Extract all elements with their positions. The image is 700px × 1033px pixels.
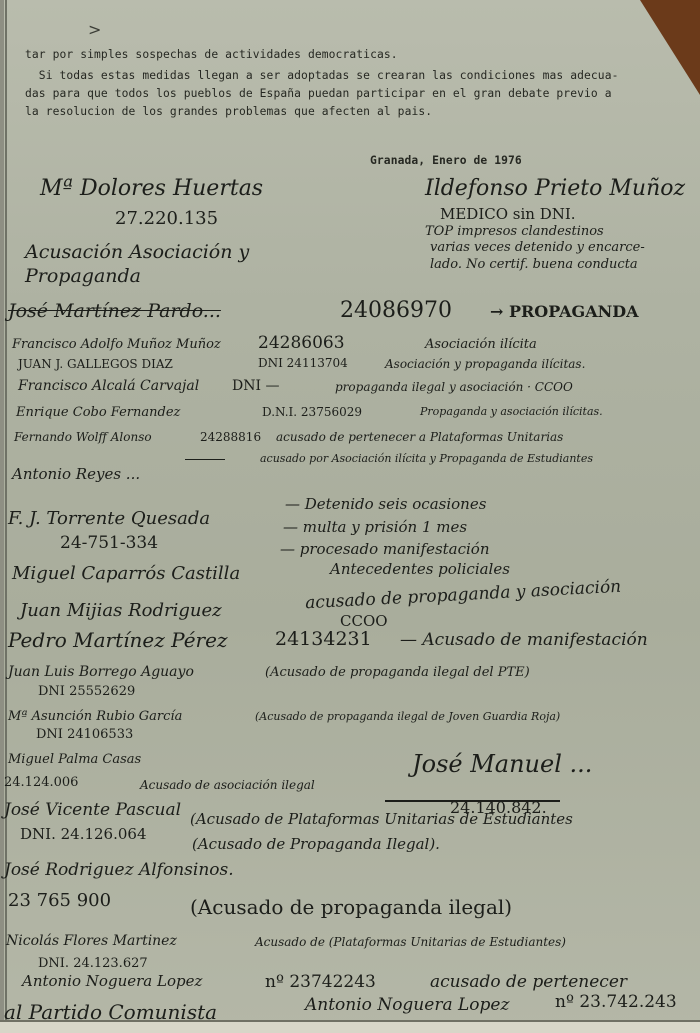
signer-dni: 24134231 <box>275 628 372 650</box>
signer-dni: DNI — <box>232 378 279 394</box>
signer-note: Propaganda y asociación ilícitas. <box>420 405 603 418</box>
signer-dni: DNI 24106533 <box>36 727 133 742</box>
signer-note: (Acusado de propaganda ilegal del PTE) <box>265 665 530 680</box>
signer-note: acusado de pertenecer <box>430 972 627 992</box>
signer-note: acusado de pertenecer a Plataformas Unit… <box>276 430 563 444</box>
signer-name: Juan Mijias Rodriguez <box>20 600 222 621</box>
signer-note: — procesado manifestación <box>280 540 490 558</box>
signer-dni: 24288816 <box>200 430 261 444</box>
signer-name: Enrique Cobo Fernandez <box>16 405 180 420</box>
place-date: Granada, Enero de 1976 <box>370 152 522 170</box>
signer-dni: DNI 25552629 <box>38 684 135 699</box>
signer-note: propaganda ilegal y asociación · CCOO <box>335 380 573 394</box>
signer-name: Antonio Reyes ... <box>12 465 140 483</box>
signer-name: Antonio Noguera Lopez <box>305 995 509 1015</box>
signer-name: JUAN J. GALLEGOS DIAZ <box>18 357 173 371</box>
typed-line-2: Si todas estas medidas llegan a ser adop… <box>25 67 619 85</box>
pen-mark: > <box>88 20 101 39</box>
signer-name: José Vicente Pascual <box>4 800 181 820</box>
signer-note: Acusación Asociación y Propaganda <box>25 240 345 288</box>
signer-note: — multa y prisión 1 mes <box>283 518 467 536</box>
signer-note: Asociación y propaganda ilícitas. <box>385 357 585 371</box>
signer-dni: DNI 24113704 <box>258 356 348 370</box>
signer-note: → PROPAGANDA <box>490 302 639 321</box>
signer-name: José Rodriguez Alfonsinos. <box>4 860 234 880</box>
signer-name: Francisco Adolfo Muñoz Muñoz <box>12 337 221 352</box>
dash-line <box>185 459 225 460</box>
signer-dni: nº 23742243 <box>265 972 376 992</box>
typed-line-1: tar por simples sospechas de actividades… <box>25 46 398 64</box>
signer-dni: DNI. 24.123.627 <box>38 956 148 971</box>
signer-name: Miguel Caparrós Castilla <box>12 563 240 584</box>
typed-line-4: la resolucion de los grandes problemas q… <box>25 103 432 121</box>
signer-note: lado. No certif. buena conducta <box>430 257 638 272</box>
signer-name: Mª Asunción Rubio García <box>8 709 182 724</box>
signer-name: F. J. Torrente Quesada <box>8 508 210 529</box>
signer-name: Antonio Noguera Lopez <box>22 972 202 990</box>
page-bottom-edge <box>0 1020 700 1033</box>
typed-line-3: das para que todos los pueblos de España… <box>25 85 612 103</box>
signer-name: José Manuel ... <box>412 750 592 778</box>
signer-name: Juan Luis Borrego Aguayo <box>8 664 194 680</box>
signer-note: (Acusado de Propaganda Ilegal). <box>192 835 440 853</box>
signer-note: acusado por Asociación ilícita y Propaga… <box>260 452 593 465</box>
signer-name: Mª Dolores Huertas <box>40 176 263 201</box>
signer-note: (Acusado de propaganda ilegal) <box>190 895 512 919</box>
signer-dni: 23 765 900 <box>8 890 111 911</box>
signer-dni: 24-751-334 <box>60 533 158 553</box>
signer-dni: 27.220.135 <box>115 208 218 229</box>
signer-dni: nº 23.742.243 <box>555 992 677 1012</box>
signer-dni: 24.124.006 <box>4 775 78 790</box>
signer-note: Acusado de asociación ilegal <box>140 778 315 792</box>
signer-name: Nicolás Flores Martinez <box>6 933 177 949</box>
signer-note: (Acusado de Plataformas Unitarias de Est… <box>190 810 573 828</box>
signer-note: varias veces detenido y encarce- <box>430 240 645 255</box>
signer-name: José Martínez Pardo... <box>8 300 221 322</box>
signer-dni: D.N.I. 23756029 <box>262 405 362 419</box>
signer-name: Ildefonso Prieto Muñoz <box>425 176 685 201</box>
signer-dni: 24286063 <box>258 333 345 353</box>
signer-note: Antecedentes policiales <box>330 560 510 578</box>
signer-note: — Acusado de manifestación <box>400 630 648 650</box>
document-page: > tar por simples sospechas de actividad… <box>0 0 700 1033</box>
signer-note: Asociación ilícita <box>425 337 537 352</box>
signer-note: Acusado de (Plataformas Unitarias de Est… <box>255 935 566 949</box>
signer-name: Francisco Alcalá Carvajal <box>18 378 199 394</box>
signer-dni: DNI. 24.126.064 <box>20 825 147 843</box>
signer-name: Pedro Martínez Pérez <box>8 628 228 652</box>
signer-note: — Detenido seis ocasiones <box>285 495 486 513</box>
signer-name: Miguel Palma Casas <box>8 752 141 767</box>
signer-dni: 24086970 <box>340 298 452 323</box>
signer-note: (Acusado de propaganda ilegal de Joven G… <box>255 710 560 723</box>
signer-note: acusado de propaganda y asociación <box>305 577 622 614</box>
signer-profession: MEDICO sin DNI. <box>440 205 576 223</box>
signer-note: TOP impresos clandestinos <box>425 224 604 239</box>
signer-name: Fernando Wolff Alonso <box>14 430 152 444</box>
